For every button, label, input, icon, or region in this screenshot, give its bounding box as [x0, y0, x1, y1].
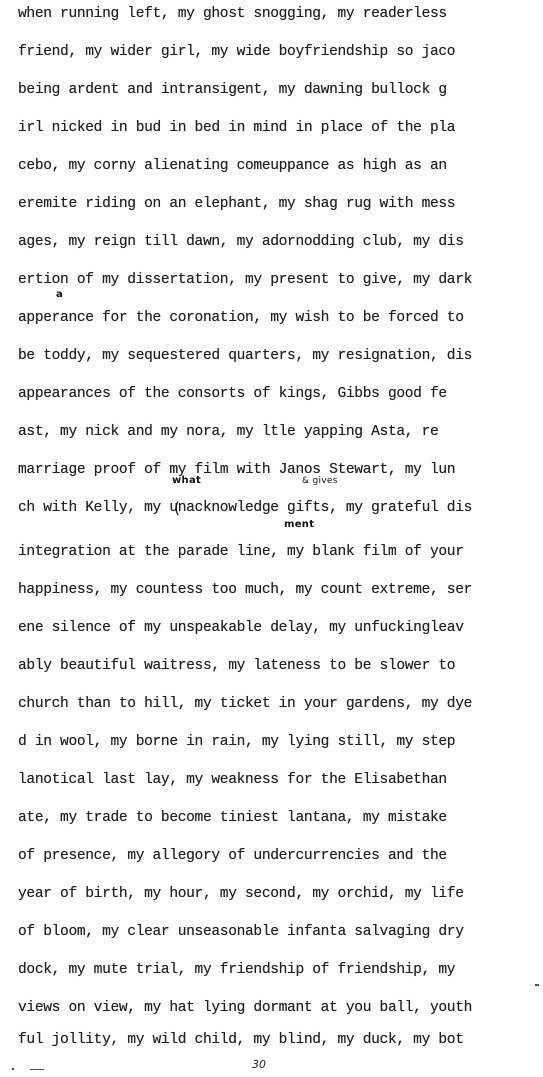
- typed-line: be toddy, my sequestered quarters, my re…: [18, 346, 472, 366]
- typed-line: ably beautiful waitress, my lateness to …: [18, 656, 455, 676]
- typed-line: marriage proof of my film with Janos Ste…: [18, 460, 455, 480]
- typed-line: lanotical last lay, my weakness for the …: [18, 770, 447, 790]
- handwritten-insert-gives: & gives: [302, 476, 338, 486]
- handwritten-insert-a: a: [56, 290, 63, 300]
- typed-line: of bloom, my clear unseasonable infanta …: [18, 922, 464, 942]
- typed-line: ch with Kelly, my unacknowledge gifts, m…: [18, 498, 472, 518]
- typed-line: happiness, my countess too much, my coun…: [18, 580, 472, 600]
- stray-mark: [12, 1068, 14, 1070]
- typed-line: apperance for the coronation, my wish to…: [18, 308, 464, 328]
- handwritten-parenthesis: (: [174, 500, 180, 516]
- typed-line: friend, my wider girl, my wide boyfriend…: [18, 42, 455, 62]
- typed-line: ast, my nick and my nora, my ltle yappin…: [18, 422, 438, 442]
- typed-line: ful jollity, my wild child, my blind, my…: [18, 1030, 464, 1050]
- typed-line: d in wool, my borne in rain, my lying st…: [18, 732, 455, 752]
- typed-line: appearances of the consorts of kings, Gi…: [18, 384, 447, 404]
- stray-mark: [30, 1069, 44, 1070]
- typed-line: year of birth, my hour, my second, my or…: [18, 884, 464, 904]
- typed-line: views on view, my hat lying dormant at y…: [18, 998, 472, 1018]
- typed-line: ertion of my dissertation, my present to…: [18, 270, 472, 290]
- typed-line: when running left, my ghost snogging, my…: [18, 4, 447, 24]
- typed-line: integration at the parade line, my blank…: [18, 542, 464, 562]
- typed-line: cebo, my corny alienating comeuppance as…: [18, 156, 447, 176]
- page-number: 30: [252, 1058, 266, 1071]
- typed-line: of presence, my allegory of undercurrenc…: [18, 846, 447, 866]
- typed-line: ate, my trade to become tiniest lantana,…: [18, 808, 447, 828]
- handwritten-insert-what: what: [172, 476, 201, 486]
- typed-line: eremite riding on an elephant, my shag r…: [18, 194, 455, 214]
- typed-line: being ardent and intransigent, my dawnin…: [18, 80, 447, 100]
- typed-line: church than to hill, my ticket in your g…: [18, 694, 472, 714]
- stray-mark: [535, 984, 539, 986]
- typed-line: ene silence of my unspeakable delay, my …: [18, 618, 464, 638]
- typed-line: dock, my mute trial, my friendship of fr…: [18, 960, 455, 980]
- typed-line: irl nicked in bud in bed in mind in plac…: [18, 118, 455, 138]
- handwritten-insert-ment: ment: [284, 520, 314, 530]
- manuscript-page: when running left, my ghost snogging, my…: [0, 0, 543, 1077]
- typed-line: ages, my reign till dawn, my adornodding…: [18, 232, 464, 252]
